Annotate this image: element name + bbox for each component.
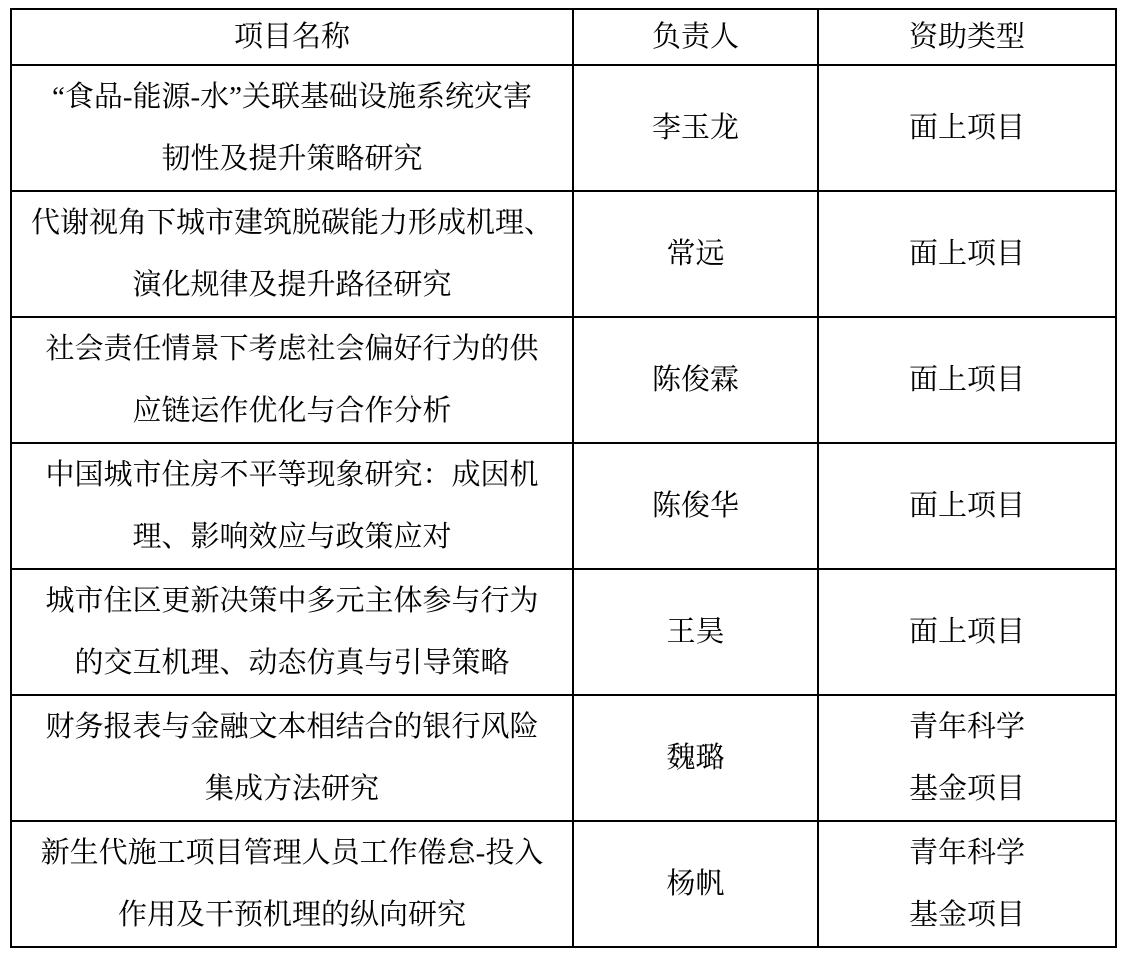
document-page: 项目名称 负责人 资助类型 “食品-能源-水”关联基础设施系统灾害 韧性及提升策… [0, 0, 1127, 961]
project-name-cell: 城市住区更新决策中多元主体参与行为 的交互机理、动态仿真与引导策略 [11, 569, 573, 695]
project-name-cell: 财务报表与金融文本相结合的银行风险 集成方法研究 [11, 695, 573, 821]
table-row: 中国城市住房不平等现象研究：成因机 理、影响效应与政策应对陈俊华面上项目 [11, 443, 1116, 569]
project-name-cell: “食品-能源-水”关联基础设施系统灾害 韧性及提升策略研究 [11, 65, 573, 191]
lead-name-cell: 李玉龙 [573, 65, 818, 191]
funding-type-cell: 面上项目 [818, 65, 1116, 191]
project-name-cell: 代谢视角下城市建筑脱碳能力形成机理、 演化规律及提升路径研究 [11, 191, 573, 317]
table-row: 社会责任情景下考虑社会偏好行为的供 应链运作优化与合作分析陈俊霖面上项目 [11, 317, 1116, 443]
table-row: 新生代施工项目管理人员工作倦怠-投入 作用及干预机理的纵向研究杨帆青年科学 基金… [11, 821, 1116, 947]
lead-name-cell: 常远 [573, 191, 818, 317]
lead-name-cell: 王昊 [573, 569, 818, 695]
header-lead-person: 负责人 [573, 9, 818, 65]
funding-type-cell: 青年科学 基金项目 [818, 821, 1116, 947]
lead-name-cell: 魏璐 [573, 695, 818, 821]
table-row: 财务报表与金融文本相结合的银行风险 集成方法研究魏璐青年科学 基金项目 [11, 695, 1116, 821]
grant-table: 项目名称 负责人 资助类型 “食品-能源-水”关联基础设施系统灾害 韧性及提升策… [10, 8, 1117, 948]
funding-type-cell: 青年科学 基金项目 [818, 695, 1116, 821]
table-row: 城市住区更新决策中多元主体参与行为 的交互机理、动态仿真与引导策略王昊面上项目 [11, 569, 1116, 695]
funding-type-cell: 面上项目 [818, 191, 1116, 317]
lead-name-cell: 陈俊华 [573, 443, 818, 569]
lead-name-cell: 陈俊霖 [573, 317, 818, 443]
lead-name-cell: 杨帆 [573, 821, 818, 947]
funding-type-cell: 面上项目 [818, 443, 1116, 569]
header-funding-type: 资助类型 [818, 9, 1116, 65]
table-row: “食品-能源-水”关联基础设施系统灾害 韧性及提升策略研究李玉龙面上项目 [11, 65, 1116, 191]
project-name-cell: 新生代施工项目管理人员工作倦怠-投入 作用及干预机理的纵向研究 [11, 821, 573, 947]
funding-type-cell: 面上项目 [818, 569, 1116, 695]
header-project-name: 项目名称 [11, 9, 573, 65]
header-row: 项目名称 负责人 资助类型 [11, 9, 1116, 65]
table-row: 代谢视角下城市建筑脱碳能力形成机理、 演化规律及提升路径研究常远面上项目 [11, 191, 1116, 317]
funding-type-cell: 面上项目 [818, 317, 1116, 443]
project-name-cell: 中国城市住房不平等现象研究：成因机 理、影响效应与政策应对 [11, 443, 573, 569]
table-body: “食品-能源-水”关联基础设施系统灾害 韧性及提升策略研究李玉龙面上项目代谢视角… [11, 65, 1116, 947]
project-name-cell: 社会责任情景下考虑社会偏好行为的供 应链运作优化与合作分析 [11, 317, 573, 443]
